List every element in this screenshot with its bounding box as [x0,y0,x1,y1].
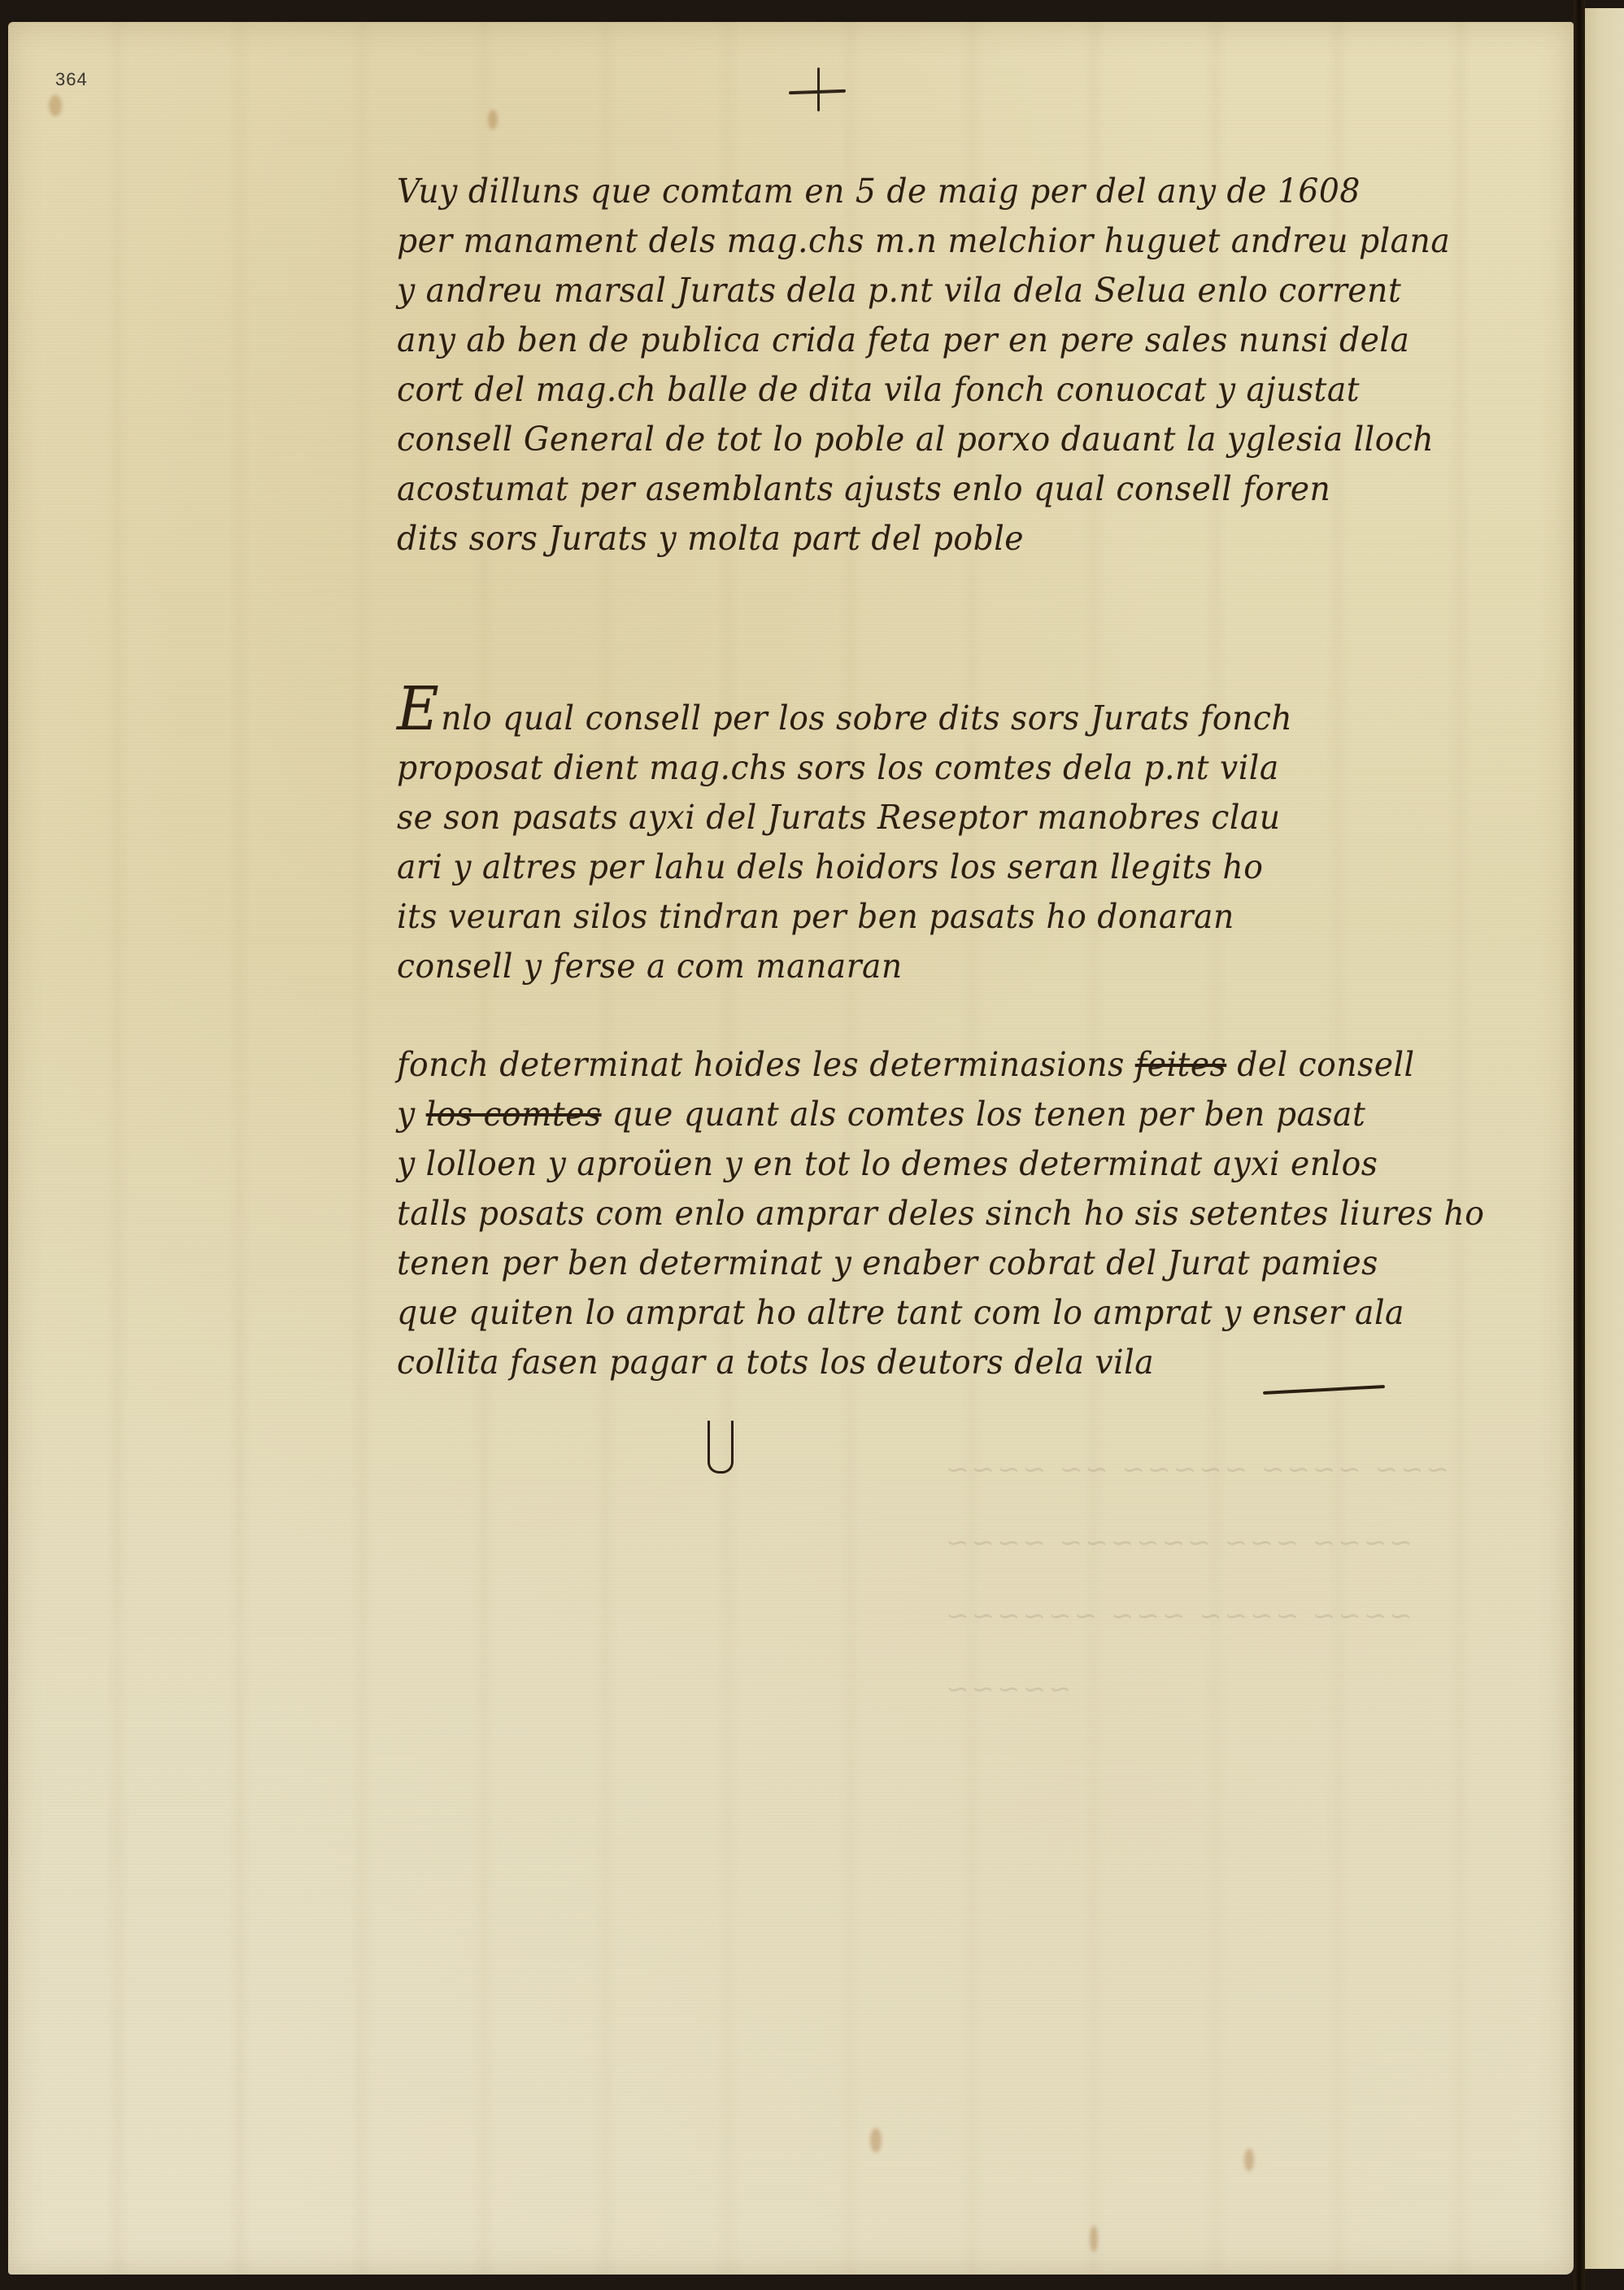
text-line: se son pasats ayxi del Jurats Reseptor m… [397,793,1535,842]
bleed-through-text: ~~~~ ~~~~ ~~~ ~~~~~~ [943,1600,1413,1632]
facing-page-edge [1585,8,1624,2269]
paper-stain [870,2128,882,2153]
pen-descender-loop [708,1421,734,1474]
manuscript-page: ~~~ ~~~~ ~~~~~ ~~ ~~~~ ~~~~ ~~~ ~~~~~~ ~… [8,22,1574,2275]
text-line: acostumat per asemblants ajusts enlo qua… [397,464,1535,514]
text-line: consell General de tot lo poble al porxo… [397,415,1535,464]
paper-stain [1090,2226,1098,2252]
struck-word: los comtes [426,1095,602,1134]
text-line: any ab ben de publica crida feta per en … [397,316,1535,365]
paper-stain [1244,2149,1254,2171]
paragraph-convocation: Vuy dilluns que comtam en 5 de maig per … [397,167,1584,564]
folio-number: 364 [55,69,88,90]
bleed-through-text: ~~~ ~~~~ ~~~~~ ~~ ~~~~ [943,1453,1449,1486]
text-line: tenen per ben determinat y enaber cobrat… [397,1239,1535,1288]
text-line: fonch determinat hoides les determinasio… [397,1040,1535,1090]
paper-stain [488,110,498,129]
paper-stain [49,95,62,116]
paragraph-determination: fonch determinat hoides les determinasio… [397,1040,1584,1387]
header-cross-mark [789,67,846,111]
bleed-through-text: ~~~~~ [943,1673,1071,1705]
text-line: collita fasen pagar a tots los deutors d… [397,1338,1535,1387]
text-line: talls posats com enlo amprar deles sinch… [397,1189,1535,1239]
paragraph-proposal: Enlo qual consell per los sobre dits sor… [397,689,1584,991]
text-line: per manament dels mag.chs m.n melchior h… [397,216,1535,266]
text-line: y lolloen y aproüen y en tot lo demes de… [397,1139,1535,1189]
text-line: que quiten lo amprat ho altre tant com l… [397,1288,1535,1338]
text-line: y andreu marsal Jurats dela p.nt vila de… [397,266,1535,316]
text-line: cort del mag.ch balle de dita vila fonch… [397,365,1535,415]
text-line: its veuran silos tindran per ben pasats … [397,892,1535,942]
text-line: Enlo qual consell per los sobre dits sor… [397,689,1535,743]
text-line-rest: nlo qual consell per los sobre dits sors… [441,699,1292,738]
text-line: Vuy dilluns que comtam en 5 de maig per … [397,167,1535,216]
text-line: y los comtes que quant als comtes los te… [397,1090,1535,1139]
decorated-initial: E [397,674,439,744]
text-line: consell y ferse a com manaran [397,942,1535,991]
text-line: ari y altres per lahu dels hoidors los s… [397,842,1535,892]
bleed-through-text: ~~~~ ~~~ ~~~~~~ ~~~~ [943,1526,1413,1559]
text-line: proposat dient mag.chs sors los comtes d… [397,743,1535,793]
text-line: dits sors Jurats y molta part del poble [397,514,1535,564]
struck-word: feites [1135,1045,1227,1084]
